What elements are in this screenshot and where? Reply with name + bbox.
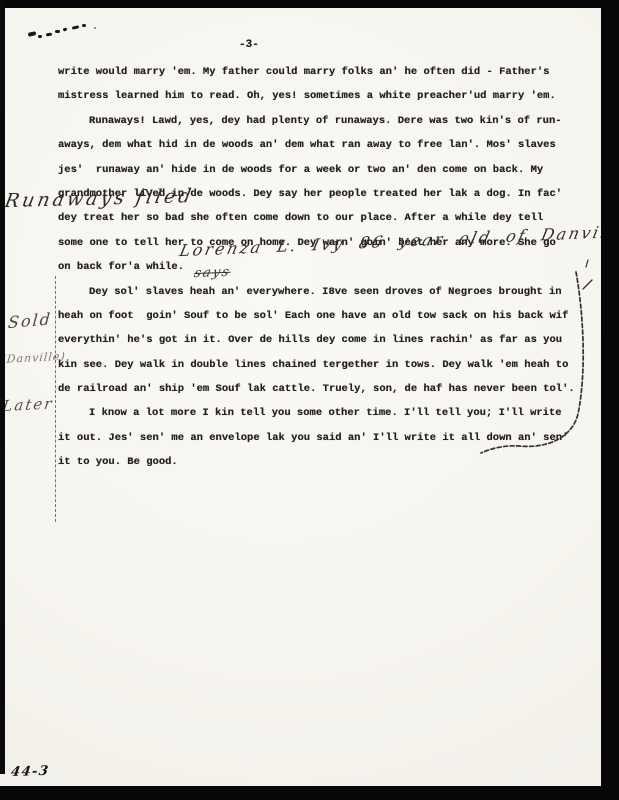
typed-line: aways, dem what hid in de woods an' dem …	[58, 133, 588, 157]
typed-line: jes' runaway an' hide in de woods for a …	[58, 158, 588, 182]
handwritten-note-sold: Sold	[7, 309, 52, 332]
handwritten-note-danville: (Danville)	[1, 350, 66, 366]
scan-border-left	[0, 0, 5, 774]
page-number: -3-	[239, 39, 259, 51]
scan-border-right	[601, 0, 619, 800]
fold-crease-line-icon	[55, 276, 56, 522]
catalog-code: 44-3	[10, 764, 51, 780]
scan-border-bottom	[0, 786, 619, 800]
typed-line: mistress learned him to read. Oh, yes! s…	[58, 84, 588, 108]
scanned-page: -3- write would marry 'em. My father cou…	[0, 0, 619, 800]
margin-bracket-icon	[468, 258, 608, 463]
typed-line: write would marry 'em. My father could m…	[58, 60, 588, 84]
typed-line: Runaways! Lawd, yes, dey had plenty of r…	[58, 109, 588, 133]
scan-border-top	[0, 0, 619, 8]
handwritten-note-later: Later	[1, 394, 55, 415]
handwritten-note-says: says	[193, 265, 233, 281]
